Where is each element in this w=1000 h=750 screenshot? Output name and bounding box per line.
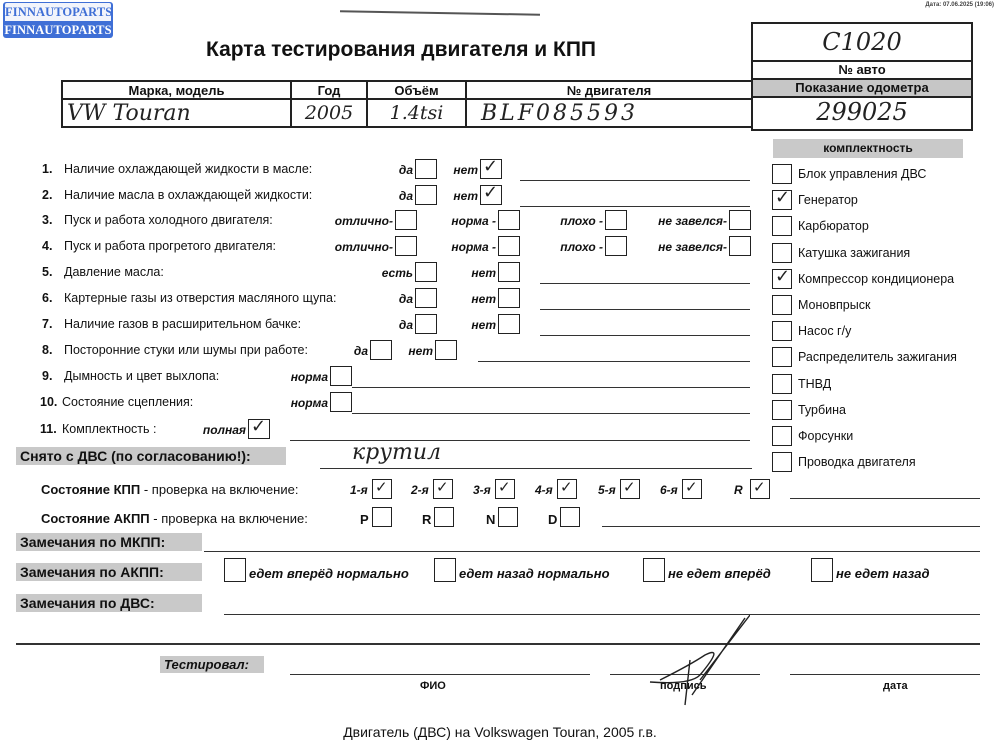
check-number: 9. — [42, 369, 52, 383]
akpp-remark-checkbox[interactable] — [643, 558, 665, 582]
remarks-dvs-line[interactable] — [224, 614, 980, 615]
year-value[interactable]: 2005 — [291, 99, 367, 127]
kpp-line — [790, 498, 980, 499]
removed-value[interactable]: крутил — [352, 440, 441, 465]
completeness-item-label: Турбина — [798, 403, 846, 417]
option-checkbox[interactable]: ✓ — [248, 419, 270, 439]
check-mark-icon: ✓ — [483, 158, 498, 176]
check-number: 8. — [42, 343, 52, 357]
check-number: 6. — [42, 291, 52, 305]
check-label: Давление масла: — [64, 265, 164, 279]
check-mark-icon: ✓ — [436, 478, 449, 496]
kpp-label-bold: Состояние КПП — [41, 482, 140, 497]
option-checkbox[interactable]: ✓ — [480, 185, 502, 205]
auto-number-value[interactable]: C1020 — [753, 24, 971, 62]
brand-logo: FINNAUTOPARTS FINNAUTOPARTS — [3, 2, 113, 38]
check-mark-icon: ✓ — [498, 478, 511, 496]
option-label: нет — [395, 163, 478, 177]
gear-checkbox[interactable]: ✓ — [495, 479, 515, 499]
akpp-remark-checkbox[interactable] — [434, 558, 456, 582]
check-label: Комплектность : — [62, 422, 156, 436]
check-label: Наличие газов в расширительном бачке: — [64, 317, 301, 331]
brand-logo-line-1: FINNAUTOPARTS — [5, 3, 111, 21]
completeness-item-label: Катушка зажигания — [798, 246, 910, 260]
image-caption: Двигатель (ДВС) на Volkswagen Touran, 20… — [0, 724, 1000, 740]
gear-label: 5-я — [598, 483, 616, 497]
akpp-remark-checkbox[interactable] — [224, 558, 246, 582]
akpp-remark-checkbox[interactable] — [811, 558, 833, 582]
check-mark-icon: ✓ — [753, 478, 766, 496]
option-label: норма — [208, 370, 328, 384]
check-mark-icon: ✓ — [623, 478, 636, 496]
kpp-label: Состояние КПП - проверка на включение: — [41, 482, 298, 497]
check-mark-icon: ✓ — [775, 268, 790, 286]
option-label: нет — [395, 189, 478, 203]
check-number: 2. — [42, 188, 52, 202]
scan-stroke — [340, 10, 540, 15]
page-title: Карта тестирования двигателя и КПП — [206, 38, 596, 62]
completeness-checkbox[interactable] — [772, 374, 792, 394]
check-number: 5. — [42, 265, 52, 279]
option-checkbox[interactable] — [498, 262, 520, 282]
remarks-akpp-label: Замечания по АКПП: — [16, 563, 202, 581]
completeness-item-label: Карбюратор — [798, 219, 869, 233]
akpp-remark-label: едет вперёд нормально — [249, 566, 409, 581]
check-label: Наличие охлаждающей жидкости в масле: — [64, 162, 312, 176]
odometer-label: Показание одометра — [753, 80, 971, 98]
completeness-checkbox[interactable] — [772, 216, 792, 236]
akpp-label-bold: Состояние АКПП — [41, 511, 150, 526]
option-checkbox[interactable] — [435, 340, 457, 360]
fio-line[interactable] — [290, 674, 590, 675]
header-make-model: Марка, модель — [62, 81, 291, 99]
gear-label: 6-я — [660, 483, 678, 497]
completeness-checkbox[interactable] — [772, 452, 792, 472]
completeness-item-label: Моновпрыск — [798, 298, 870, 312]
option-checkbox[interactable] — [330, 392, 352, 412]
check-mark-icon: ✓ — [560, 478, 573, 496]
brand-logo-line-2: FINNAUTOPARTS — [3, 21, 113, 39]
header-engine-number: № двигателя — [466, 81, 752, 99]
option-label: нет — [388, 292, 496, 306]
completeness-item-label: Проводка двигателя — [798, 455, 916, 469]
completeness-checkbox[interactable]: ✓ — [772, 269, 792, 289]
check-label: Посторонние стуки или шумы при работе: — [64, 343, 308, 357]
check-note-line[interactable] — [520, 180, 750, 181]
check-number: 10. — [40, 395, 57, 409]
check-number: 1. — [42, 162, 52, 176]
option-label: нет — [388, 266, 496, 280]
akpp-remark-label: не едет назад — [836, 566, 930, 581]
option-label: норма — [208, 396, 328, 410]
auto-number-label: № авто — [753, 62, 971, 80]
header-volume: Объём — [367, 81, 466, 99]
option-checkbox[interactable] — [498, 288, 520, 308]
completeness-checkbox[interactable] — [772, 243, 792, 263]
check-label: Пуск и работа холодного двигателя: — [64, 213, 273, 227]
check-mark-icon: ✓ — [251, 418, 266, 436]
option-label: не завелся- — [573, 214, 727, 228]
completeness-checkbox[interactable] — [772, 426, 792, 446]
engine-number-value[interactable]: BLF085593 — [466, 99, 752, 127]
option-label: нет — [325, 344, 433, 358]
completeness-checkbox[interactable] — [772, 347, 792, 367]
check-mark-icon: ✓ — [375, 478, 388, 496]
gear-label: 2-я — [411, 483, 429, 497]
akpp-position-label: D — [548, 512, 557, 527]
check-mark-icon: ✓ — [775, 189, 790, 207]
gear-checkbox[interactable]: ✓ — [682, 479, 702, 499]
completeness-checkbox[interactable]: ✓ — [772, 190, 792, 210]
akpp-remark-label: не едет вперёд — [668, 566, 771, 581]
akpp-label: Состояние АКПП - проверка на включение: — [41, 511, 308, 526]
akpp-remark-label: едет назад нормально — [459, 566, 610, 581]
completeness-item-label: Насос г/у — [798, 324, 851, 338]
tested-by-label: Тестировал: — [160, 656, 264, 673]
completeness-checkbox[interactable] — [772, 400, 792, 420]
check-note-line[interactable] — [540, 283, 750, 284]
auto-info-box: C1020 № авто Показание одометра 299025 — [751, 22, 973, 131]
option-checkbox[interactable]: ✓ — [480, 159, 502, 179]
remarks-extra-line[interactable] — [16, 643, 980, 645]
remarks-mkpp-line[interactable] — [204, 551, 980, 552]
remarks-dvs-label: Замечания по ДВС: — [16, 594, 202, 612]
option-checkbox[interactable] — [729, 210, 751, 230]
completeness-checkbox[interactable] — [772, 295, 792, 315]
fio-label: ФИО — [420, 680, 446, 692]
gear-checkbox[interactable]: ✓ — [557, 479, 577, 499]
gear-label: 3-я — [473, 483, 491, 497]
remarks-mkpp-label: Замечания по МКПП: — [16, 533, 202, 551]
check-note-line[interactable] — [478, 361, 750, 362]
akpp-position-checkbox[interactable] — [560, 507, 580, 527]
gear-label: 4-я — [535, 483, 553, 497]
completeness-item-label: Блок управления ДВС — [798, 167, 926, 181]
check-mark-icon: ✓ — [483, 184, 498, 202]
check-label: Пуск и работа прогретого двигателя: — [64, 239, 276, 253]
gear-checkbox[interactable]: ✓ — [620, 479, 640, 499]
option-label: полная — [148, 423, 246, 437]
check-number: 3. — [42, 213, 52, 227]
completeness-item-label: Форсунки — [798, 429, 853, 443]
akpp-position-label: R — [422, 512, 431, 527]
check-number: 4. — [42, 239, 52, 253]
akpp-position-checkbox[interactable] — [372, 507, 392, 527]
completeness-checkbox[interactable] — [772, 164, 792, 184]
completeness-checkbox[interactable] — [772, 321, 792, 341]
completeness-item-label: Компрессор кондиционера — [798, 272, 954, 286]
header-year: Год — [291, 81, 367, 99]
akpp-label-rest: - проверка на включение: — [150, 511, 308, 526]
gear-label: R — [734, 483, 743, 497]
check-note-line[interactable] — [352, 413, 750, 414]
signature-scribble — [630, 610, 750, 710]
odometer-value[interactable]: 299025 — [753, 98, 971, 129]
check-number: 11. — [40, 422, 57, 436]
removed-label: Снято с ДВС (по согласованию!): — [16, 447, 286, 465]
date-label: дата — [883, 680, 908, 692]
akpp-position-label: P — [360, 512, 369, 527]
volume-value[interactable]: 1.4tsi — [367, 99, 466, 127]
print-date: Дата: 07.06.2025 (19:06) — [925, 2, 994, 8]
completeness-header: комплектность — [773, 139, 963, 158]
check-note-line[interactable] — [540, 309, 750, 310]
akpp-position-checkbox[interactable] — [434, 507, 454, 527]
kpp-label-rest: - проверка на включение: — [140, 482, 298, 497]
check-label: Картерные газы из отверстия масляного щу… — [64, 291, 336, 305]
check-note-line[interactable] — [352, 387, 750, 388]
akpp-position-checkbox[interactable] — [498, 507, 518, 527]
option-label: не завелся- — [573, 240, 727, 254]
date-line[interactable] — [790, 674, 980, 675]
check-label: Наличие масла в охлаждающей жидкости: — [64, 188, 312, 202]
completeness-item-label: Распределитель зажигания — [798, 350, 957, 364]
completeness-item-label: Генератор — [798, 193, 858, 207]
make-model-value[interactable]: VW Touran — [62, 99, 291, 127]
gear-checkbox[interactable]: ✓ — [433, 479, 453, 499]
check-number: 7. — [42, 317, 52, 331]
gear-checkbox[interactable]: ✓ — [372, 479, 392, 499]
check-label: Дымность и цвет выхлопа: — [64, 369, 219, 383]
option-checkbox[interactable] — [330, 366, 352, 386]
removed-line — [320, 468, 752, 469]
option-checkbox[interactable] — [729, 236, 751, 256]
vehicle-table: Марка, модель Год Объём № двигателя VW T… — [61, 80, 753, 128]
gear-label: 1-я — [350, 483, 368, 497]
check-note-line[interactable] — [520, 206, 750, 207]
option-label: нет — [388, 318, 496, 332]
completeness-item-label: ТНВД — [798, 377, 831, 391]
akpp-line — [602, 526, 980, 527]
check-mark-icon: ✓ — [685, 478, 698, 496]
check-label: Состояние сцепления: — [62, 395, 193, 409]
option-checkbox[interactable] — [498, 314, 520, 334]
check-note-line[interactable] — [540, 335, 750, 336]
akpp-position-label: N — [486, 512, 495, 527]
gear-checkbox[interactable]: ✓ — [750, 479, 770, 499]
